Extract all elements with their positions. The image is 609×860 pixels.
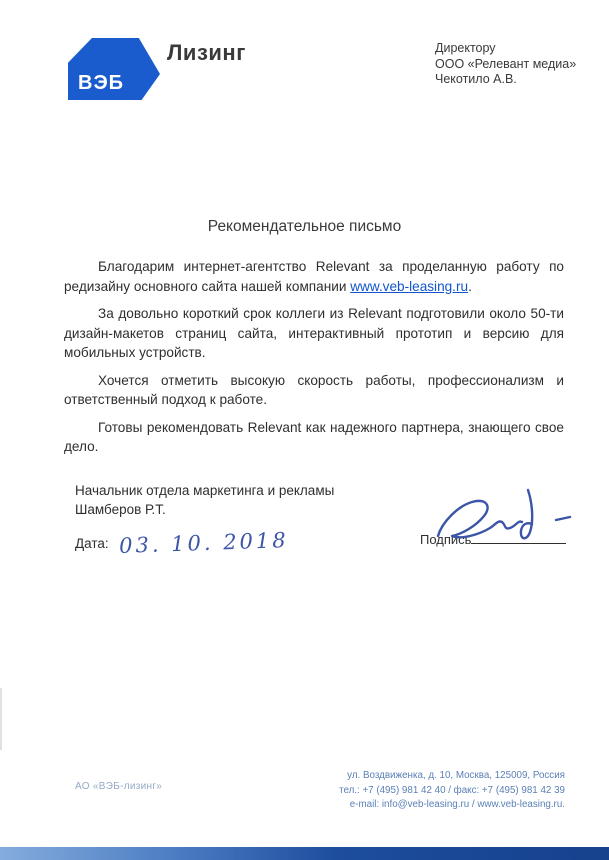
footer-company-name: АО «ВЭБ-лизинг» bbox=[75, 781, 162, 792]
handwritten-signature bbox=[428, 484, 578, 554]
addressee-line-company: ООО «Релевант медиа» bbox=[435, 57, 576, 73]
footer-contacts: ул. Воздвиженка, д. 10, Москва, 125009, … bbox=[339, 769, 565, 813]
letter-title: Рекомендательное письмо bbox=[0, 218, 609, 236]
addressee-block: Директору ООО «Релевант медиа» Чекотило … bbox=[435, 41, 576, 88]
scan-artifact bbox=[0, 688, 2, 750]
date-row: Дата:03. 10. 2018 bbox=[75, 529, 288, 553]
paragraph-thanks-period: . bbox=[468, 279, 472, 294]
veb-logo-brand: Лизинг bbox=[167, 40, 246, 66]
footer-address: ул. Воздвиженка, д. 10, Москва, 125009, … bbox=[339, 769, 565, 784]
paragraph-thanks-text: Благодарим интернет-агентство Relevant з… bbox=[64, 259, 564, 294]
bottom-accent-bar bbox=[0, 847, 609, 860]
signer-name: Шамберов Р.Т. bbox=[75, 500, 334, 519]
paragraph-quality: Хочется отметить высокую скорость работы… bbox=[64, 371, 564, 410]
signer-block: Начальник отдела маркетинга и рекламы Ша… bbox=[75, 481, 334, 519]
handwritten-date: 03. 10. 2018 bbox=[118, 528, 288, 558]
veb-logo: ВЭБ bbox=[68, 38, 160, 100]
letter-page: ВЭБ Лизинг Директору ООО «Релевант медиа… bbox=[0, 0, 609, 860]
addressee-line-person: Чекотило А.В. bbox=[435, 72, 576, 88]
addressee-line-role: Директору bbox=[435, 41, 576, 57]
paragraph-recommendation: Готовы рекомендовать Relevant как надежн… bbox=[64, 418, 564, 457]
paragraph-scope: За довольно короткий срок коллеги из Rel… bbox=[64, 304, 564, 363]
footer-phone: тел.: +7 (495) 981 42 40 / факс: +7 (495… bbox=[339, 784, 565, 799]
signer-position: Начальник отдела маркетинга и рекламы bbox=[75, 481, 334, 500]
paragraph-thanks: Благодарим интернет-агентство Relevant з… bbox=[64, 257, 564, 296]
website-link[interactable]: www.veb-leasing.ru bbox=[350, 279, 468, 294]
footer-email: e-mail: info@veb-leasing.ru / www.veb-le… bbox=[339, 798, 565, 813]
letter-body: Благодарим интернет-агентство Relevant з… bbox=[64, 257, 564, 465]
veb-logo-text: ВЭБ bbox=[68, 73, 124, 100]
date-label: Дата: bbox=[75, 536, 109, 551]
